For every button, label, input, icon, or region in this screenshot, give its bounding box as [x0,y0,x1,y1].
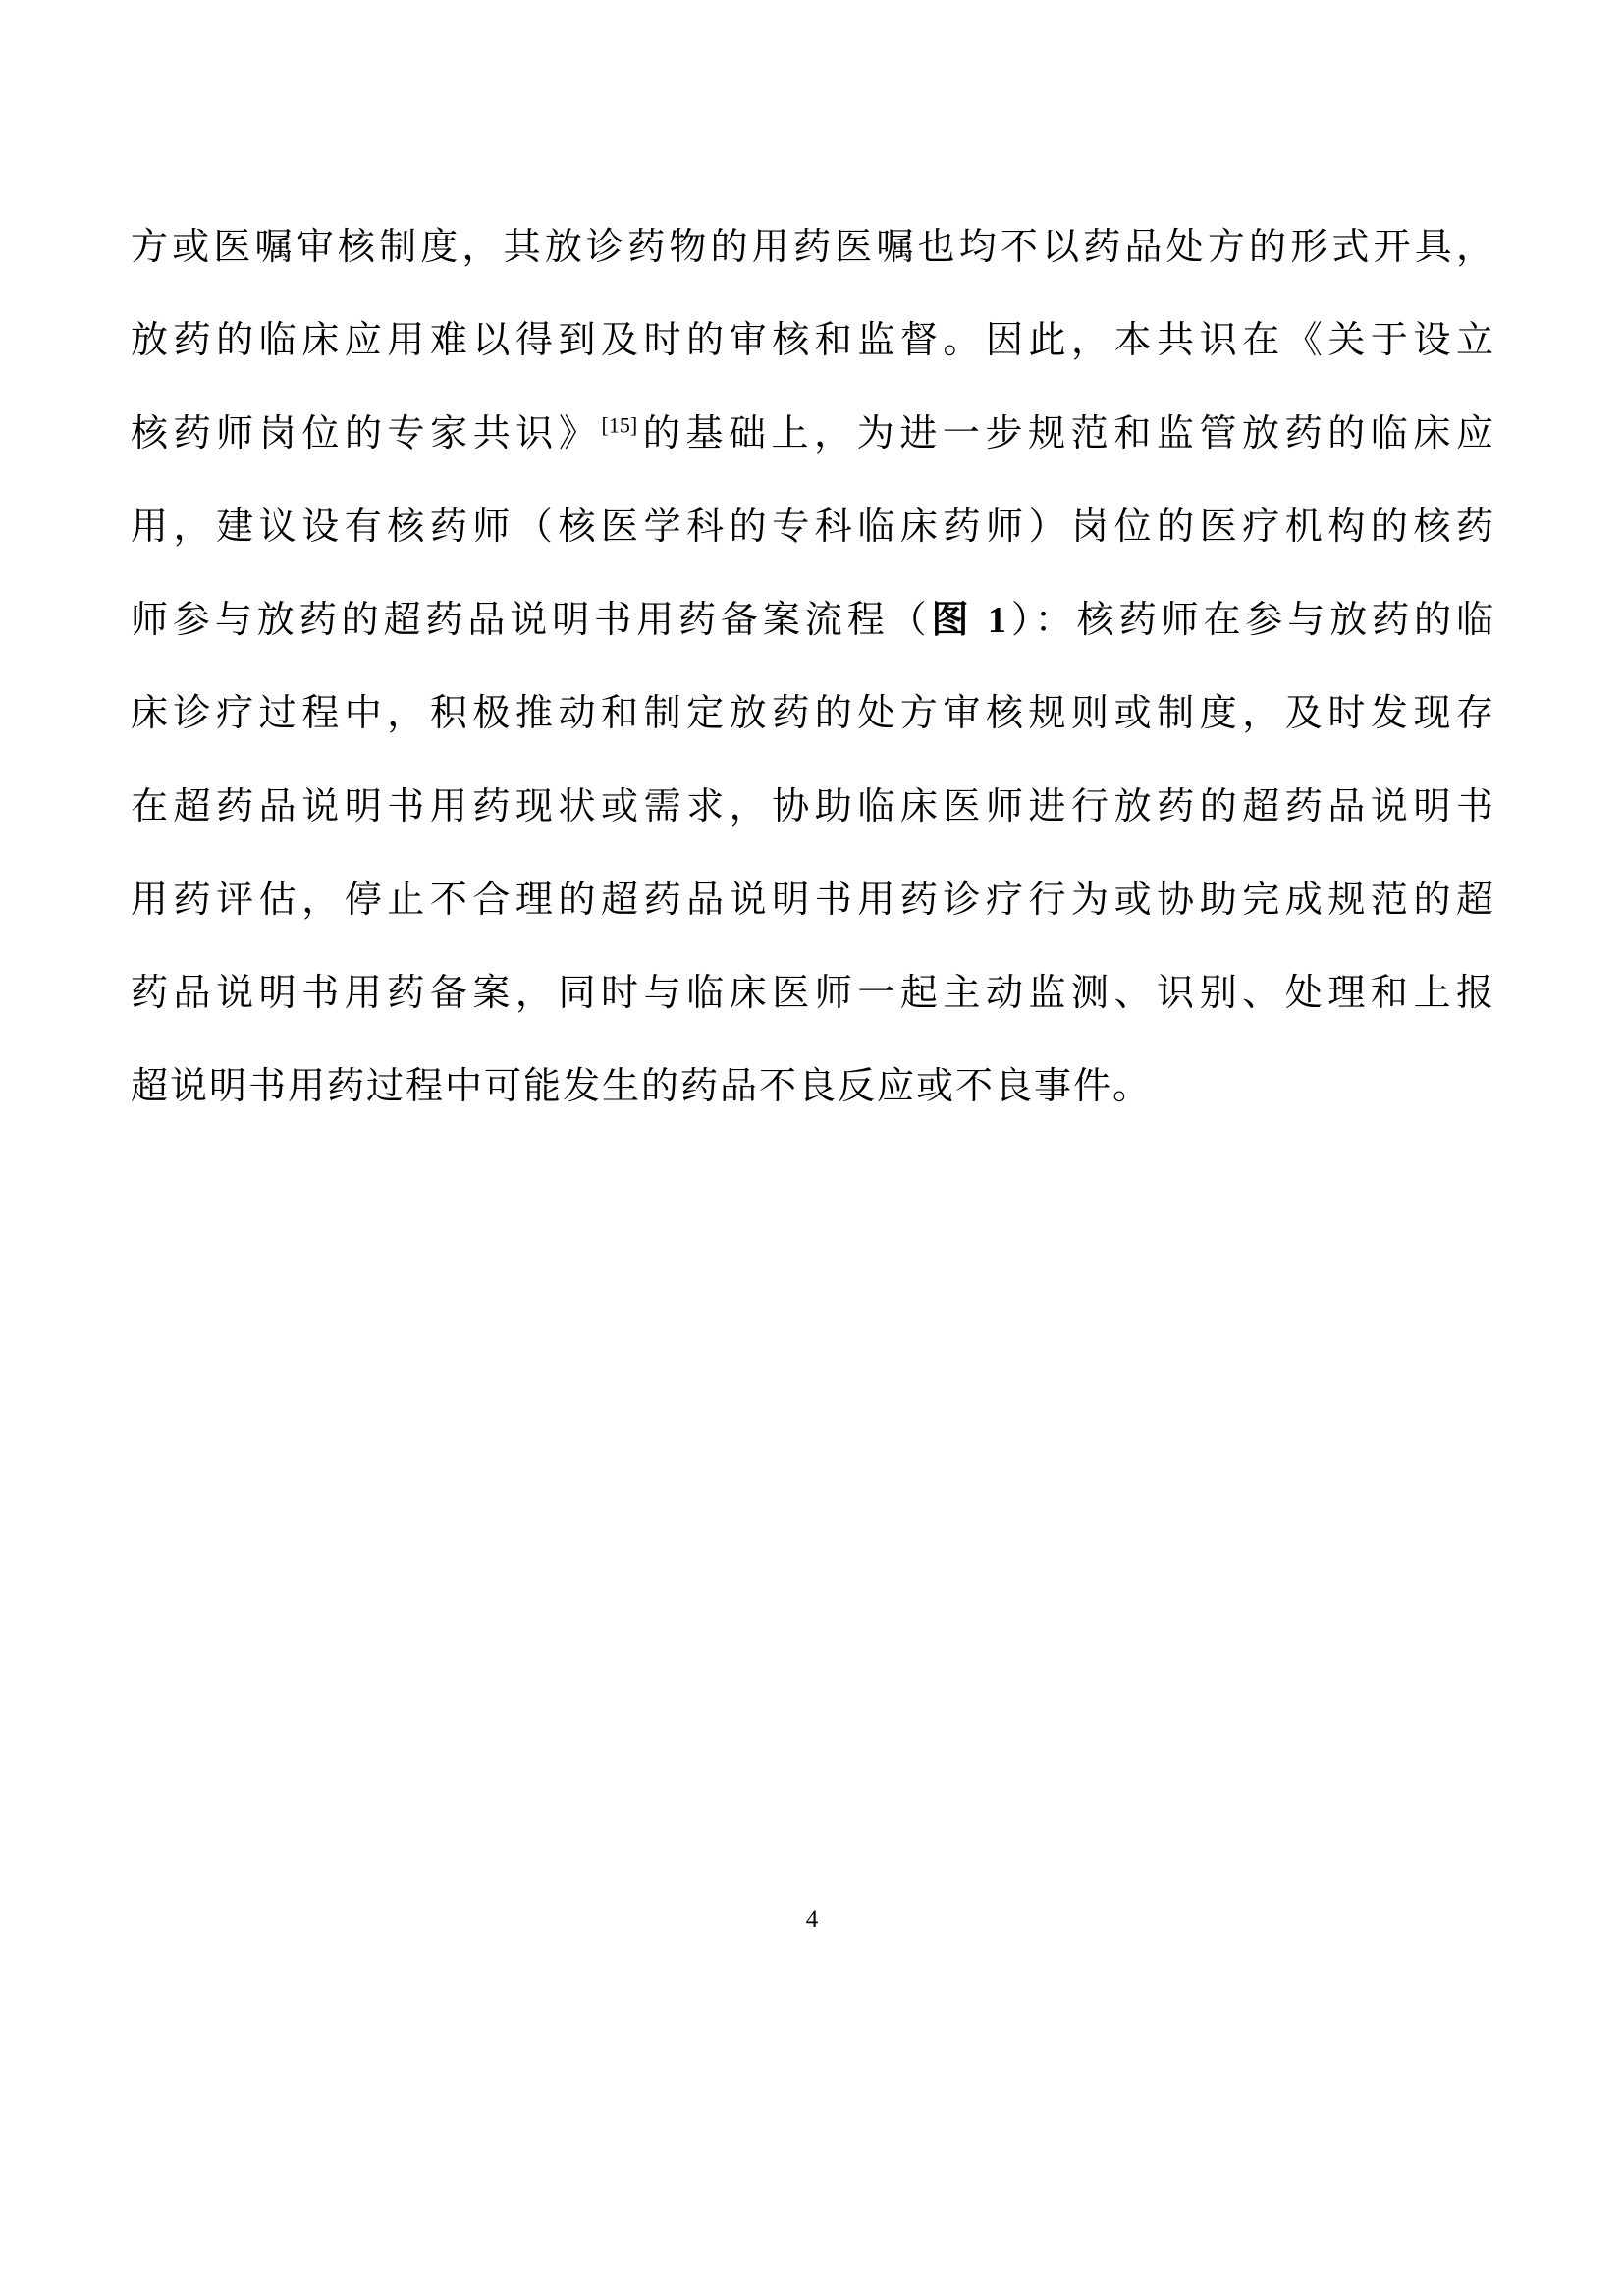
text-segment: 方或医嘱审核制度，其放诊药物的用药医嘱也均不以药品处方的形式开具， [131,227,1493,268]
citation-reference: [15] [601,412,637,437]
text-line: 药品说明书用药备案，同时与临床医师一起主动监测、识别、处理和上报 [131,947,1493,1041]
text-segment: 药品说明书用药备案，同时与临床医师一起主动监测、识别、处理和上报 [131,973,1493,1014]
text-segment: 用药评估，停止不合理的超药品说明书用药诊疗行为或协助完成规范的超 [131,880,1493,921]
paragraph-body: 方或医嘱审核制度，其放诊药物的用药医嘱也均不以药品处方的形式开具，放药的临床应用… [131,201,1493,1134]
page-number: 4 [0,1906,1624,1934]
text-segment: 床诊疗过程中，积极推动和制定放药的处方审核规则或制度，及时发现存 [131,693,1493,734]
figure-reference: 图 1 [932,600,1006,641]
text-line: 超说明书用药过程中可能发生的药品不良反应或不良事件。 [131,1041,1493,1134]
text-line: 核药师岗位的专家共识》[15]的基础上，为进一步规范和监管放药的临床应 [131,388,1493,481]
text-segment: ）：核药师在参与放药的临 [1006,600,1493,641]
text-line: 放药的临床应用难以得到及时的审核和监督。因此，本共识在《关于设立 [131,294,1493,388]
text-segment: 师参与放药的超药品说明书用药备案流程（ [131,600,932,641]
text-line: 师参与放药的超药品说明书用药备案流程（图 1）：核药师在参与放药的临 [131,574,1493,667]
text-line: 用，建议设有核药师（核医学科的专科临床药师）岗位的医疗机构的核药 [131,481,1493,574]
text-segment: 放药的临床应用难以得到及时的审核和监督。因此，本共识在《关于设立 [131,320,1493,361]
text-segment: 的基础上，为进一步规范和监管放药的临床应 [637,413,1493,454]
text-segment: 用，建议设有核药师（核医学科的专科临床药师）岗位的医疗机构的核药 [131,507,1493,548]
text-line: 用药评估，停止不合理的超药品说明书用药诊疗行为或协助完成规范的超 [131,854,1493,947]
text-segment: 超说明书用药过程中可能发生的药品不良反应或不良事件。 [131,1066,1152,1107]
text-segment: 核药师岗位的专家共识》 [131,413,601,454]
document-page: 方或医嘱审核制度，其放诊药物的用药医嘱也均不以药品处方的形式开具，放药的临床应用… [0,0,1624,2296]
text-line: 床诊疗过程中，积极推动和制定放药的处方审核规则或制度，及时发现存 [131,667,1493,761]
text-segment: 在超药品说明书用药现状或需求，协助临床医师进行放药的超药品说明书 [131,786,1493,828]
text-line: 方或医嘱审核制度，其放诊药物的用药医嘱也均不以药品处方的形式开具， [131,201,1493,294]
text-line: 在超药品说明书用药现状或需求，协助临床医师进行放药的超药品说明书 [131,761,1493,854]
